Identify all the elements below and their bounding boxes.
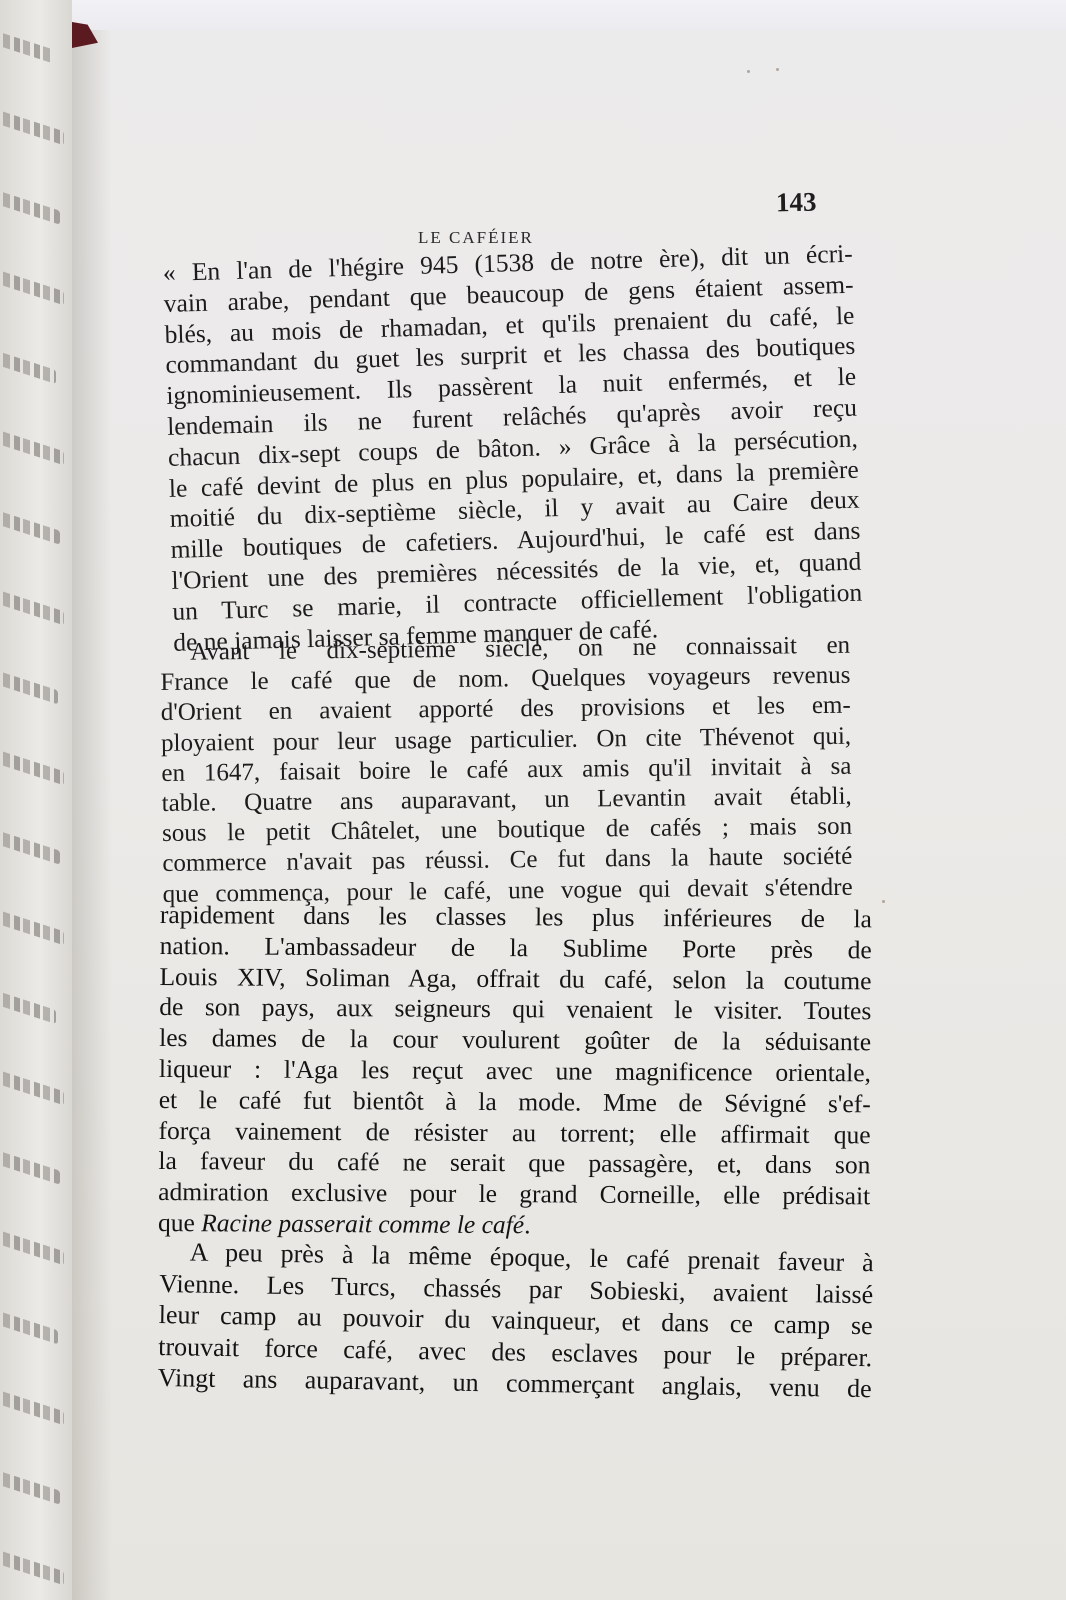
text-line: la faveur du café ne serait que passagèr… (158, 1146, 870, 1181)
paragraph-1: « En l'an de l'hégire 945 (1538 de notre… (162, 221, 863, 658)
facing-page-text-line (0, 30, 54, 63)
text-line: de son pays, aux seigneurs qui venaient … (159, 992, 871, 1027)
facing-page-edge (0, 0, 72, 1600)
facing-page-text-line (0, 990, 56, 1024)
paragraph-3: A peu près à la même époque, le café pre… (158, 1236, 874, 1405)
facing-page-text-line (0, 1149, 60, 1184)
facing-page-text-line (0, 429, 64, 466)
facing-page-text-line (0, 269, 64, 306)
page-number: 143 (776, 187, 817, 219)
facing-page-text-line (0, 749, 64, 786)
facing-page-text-line (0, 909, 64, 946)
text-line: nation. L'ambassadeur de la Sublime Port… (160, 931, 872, 966)
text-fragment: que (158, 1208, 201, 1237)
facing-page-text-line (0, 829, 60, 864)
text-line: Louis XIV, Soliman Aga, offrait du café,… (159, 962, 871, 997)
text-line: força vainement de résister au torrent; … (158, 1116, 870, 1151)
facing-page-text-line (0, 1549, 64, 1586)
text-line: et le café fut bientôt à la mode. Mme de… (159, 1085, 871, 1120)
italic-quote: Racine passerait comme le café (201, 1208, 524, 1239)
paragraph-2: Avant le dix-septième siècle, on ne conn… (160, 631, 853, 910)
facing-page-text-line (0, 1310, 58, 1345)
facing-page-text-line (0, 1229, 64, 1266)
text-fragment: . (524, 1210, 531, 1239)
facing-page-text-line (0, 1389, 64, 1426)
text-line: admiration exclusive pour le grand Corne… (158, 1177, 870, 1212)
facing-page-text-line (0, 1469, 60, 1504)
facing-page-text-line (0, 670, 58, 705)
facing-page-text-line (0, 1069, 64, 1106)
text-line: les dames de la cour voulurent goûter de… (159, 1023, 871, 1058)
paragraph-2-continued: rapidement dans les classes les plus inf… (158, 900, 872, 1243)
text-line: liqueur : l'Aga les reçut avec une magni… (159, 1054, 871, 1089)
gutter-shadow (72, 30, 112, 1600)
facing-page-text-line (0, 109, 64, 146)
facing-page-text-line (0, 350, 56, 384)
facing-page-text-line (0, 589, 64, 626)
facing-page-text-line (0, 509, 60, 544)
facing-page-text-line (0, 189, 60, 224)
text-line: rapidement dans les classes les plus inf… (160, 900, 872, 935)
